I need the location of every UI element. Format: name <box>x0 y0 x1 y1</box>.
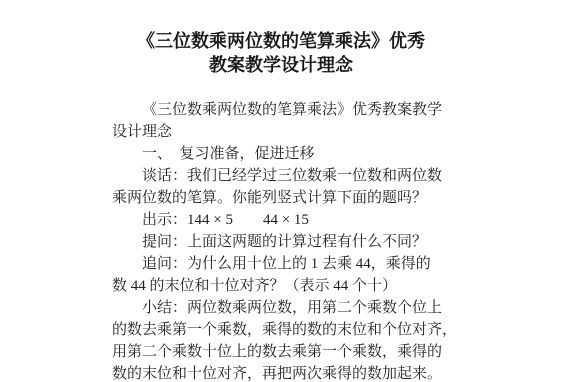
body-line: 谈话：我们已经学过三位数乘一位数和两位数 <box>112 165 512 187</box>
document-page: 《三位数乘两位数的笔算乘法》优秀 教案教学设计理念 《三位数乘两位数的笔算乘法》… <box>0 0 562 382</box>
document-title-line1: 《三位数乘两位数的笔算乘法》优秀 <box>137 31 425 51</box>
document-title: 《三位数乘两位数的笔算乘法》优秀 教案教学设计理念 <box>0 0 562 77</box>
body-line: 追问：为什么用十位上的 1 去乘 44，乘得的 <box>112 253 512 275</box>
body-line: 乘两位数的笔算。你能列竖式计算下面的题吗？ <box>112 187 512 209</box>
body-line: 数 44 的末位和十位对齐？（表示 44 个十） <box>112 275 512 297</box>
document-body: 《三位数乘两位数的笔算乘法》优秀教案教学设计理念一、 复习准备，促进迁移谈话：我… <box>112 99 512 382</box>
body-line: 设计理念 <box>112 121 512 143</box>
body-line: 《三位数乘两位数的笔算乘法》优秀教案教学 <box>112 99 512 121</box>
body-line: 一、 复习准备，促进迁移 <box>112 143 512 165</box>
document-title-line2: 教案教学设计理念 <box>209 55 353 75</box>
body-line: 出示：144 × 5 44 × 15 <box>112 209 512 231</box>
body-line: 提问：上面这两题的计算过程有什么不同？ <box>112 231 512 253</box>
body-line: 数的末位和十位对齐，再把两次乘得的数加起来。 <box>112 363 512 382</box>
body-line: 用第二个乘数十位上的数去乘第一个乘数，乘得的 <box>112 341 512 363</box>
body-line: 小结：两位数乘两位数，用第二个乘数个位上 <box>112 297 512 319</box>
body-line: 的数去乘第一个乘数，乘得的数的末位和个位对齐， <box>112 319 512 341</box>
